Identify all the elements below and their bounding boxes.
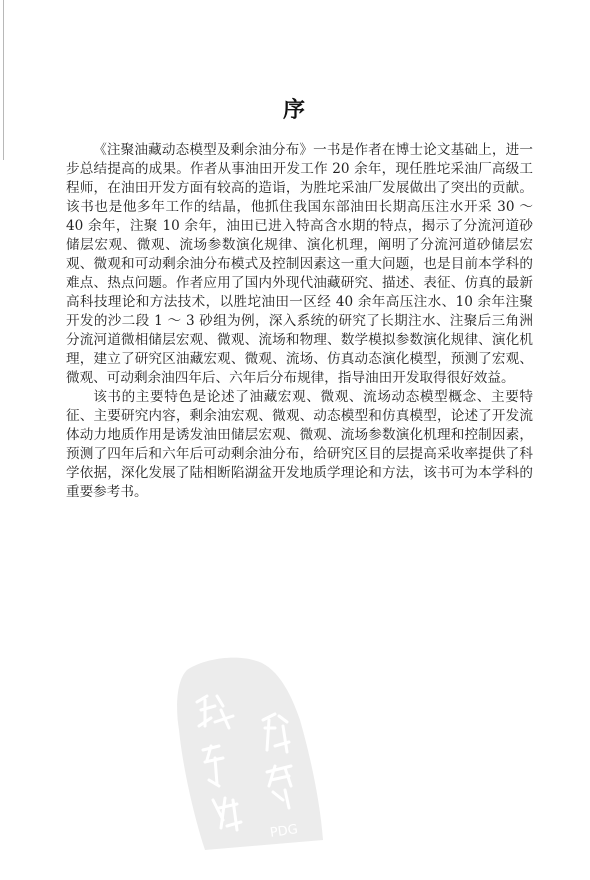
- paragraph-2: 该书的主要特色是论述了油藏宏观、微观、流场动态模型概念、主要特征、主要研究内容，…: [66, 388, 533, 502]
- watermark: PDG: [165, 650, 335, 850]
- scan-edge-line: [3, 0, 4, 160]
- page-title: 序: [0, 93, 590, 124]
- paragraph-1: 《注聚油藏动态模型及剩余油分布》一书是作者在博士论文基础上，进一步总结提高的成果…: [66, 141, 533, 388]
- seal-stamp-icon: [165, 650, 335, 850]
- preface-body: 《注聚油藏动态模型及剩余油分布》一书是作者在博士论文基础上，进一步总结提高的成果…: [66, 141, 533, 502]
